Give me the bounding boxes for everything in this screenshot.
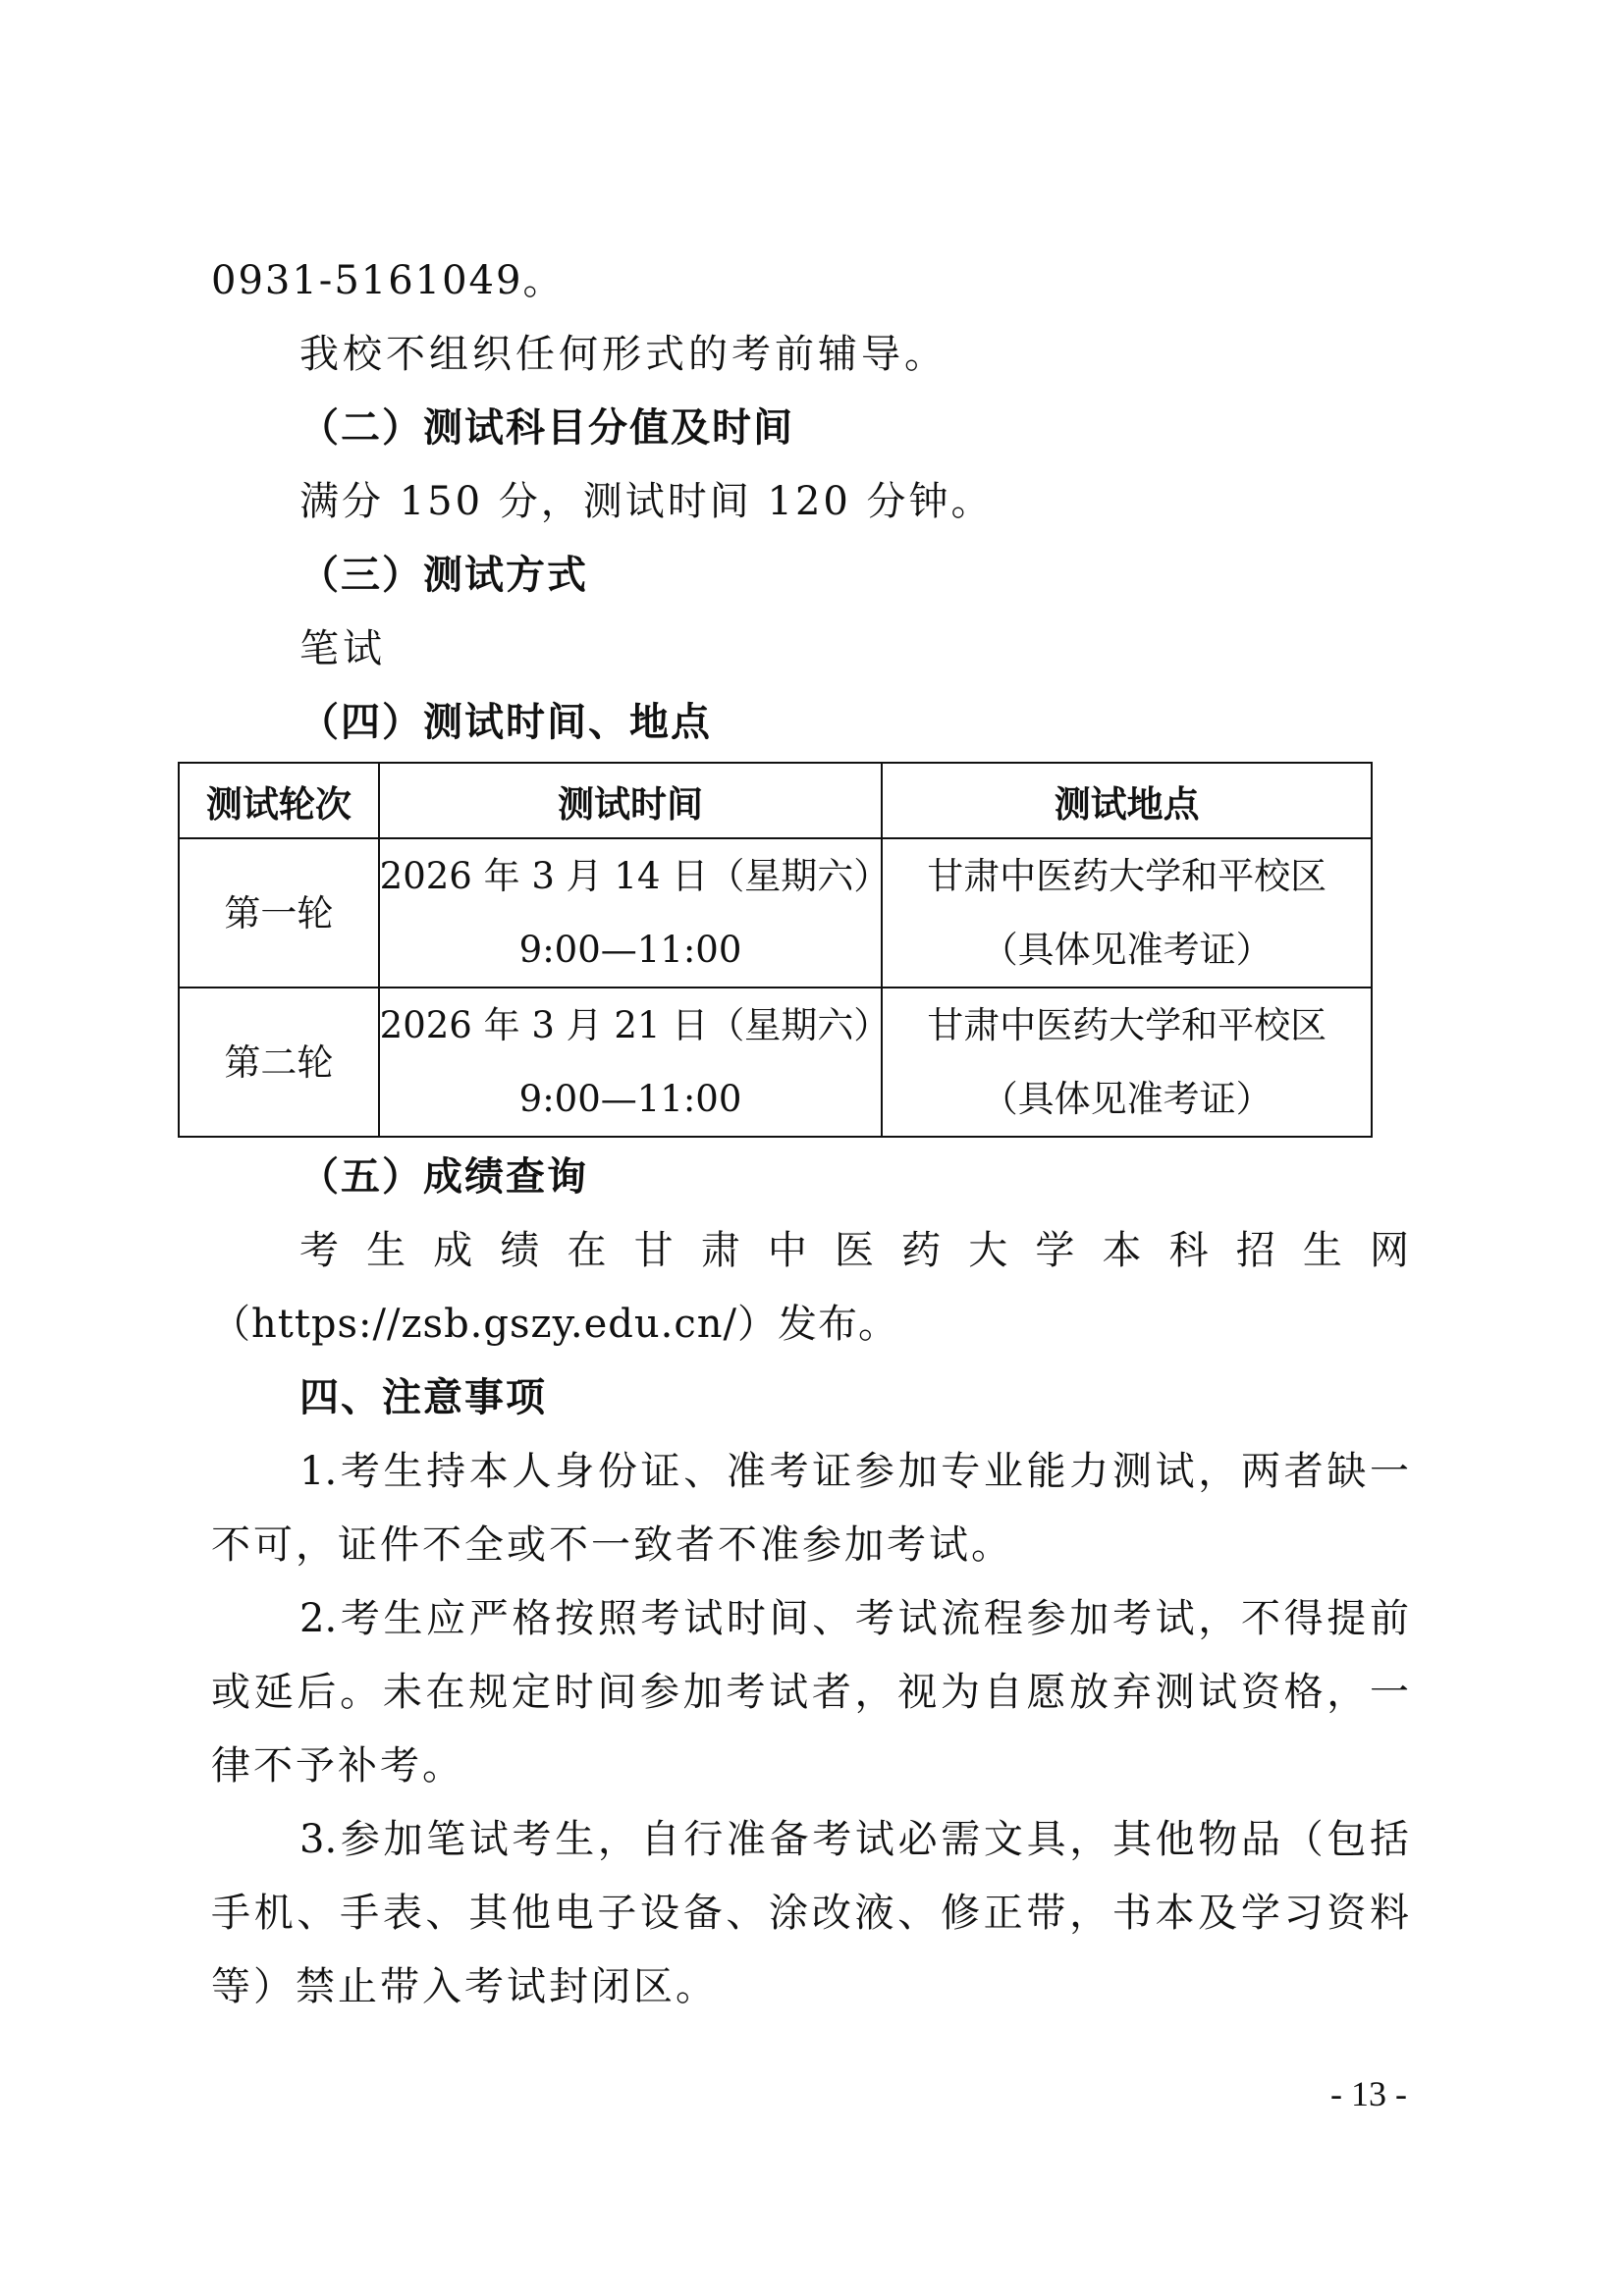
- table-row: 第二轮 2026 年 3 月 21 日（星期六） 9:00—11:00 甘肃中医…: [179, 988, 1372, 1137]
- part-4-heading: 四、注意事项: [299, 1374, 547, 1421]
- section-5-heading: （五）成绩查询: [299, 1153, 588, 1201]
- header-round: 测试轮次: [179, 763, 379, 838]
- section-2-body: 满分 150 分，测试时间 120 分钟。: [299, 478, 994, 525]
- place-text: 甘肃中医药大学和平校区: [883, 988, 1371, 1062]
- header-time: 测试时间: [379, 763, 883, 838]
- note-1-line-1: 1.考生持本人身份证、准考证参加专业能力测试，两者缺一: [299, 1448, 1409, 1495]
- note-2-line-3: 律不予补考。: [211, 1742, 464, 1789]
- round-cell: 第二轮: [179, 988, 379, 1137]
- date-text: 2026 年 3 月 21 日（星期六）: [380, 988, 882, 1062]
- header-place: 测试地点: [882, 763, 1372, 838]
- time-cell: 2026 年 3 月 21 日（星期六） 9:00—11:00: [379, 988, 883, 1137]
- table-header-row: 测试轮次 测试时间 测试地点: [179, 763, 1372, 838]
- place-note-text: （具体见准考证）: [883, 913, 1371, 987]
- section-5-body-line-2: （https://zsb.gszy.edu.cn/）发布。: [211, 1301, 898, 1348]
- round-cell: 第一轮: [179, 838, 379, 988]
- note-3-line-2: 手机、手表、其他电子设备、涂改液、修正带，书本及学习资料: [211, 1890, 1409, 1937]
- note-3-line-1: 3.参加笔试考生，自行准备考试必需文具，其他物品（包括: [299, 1816, 1409, 1863]
- note-2-line-1: 2.考生应严格按照考试时间、考试流程参加考试，不得提前: [299, 1595, 1409, 1642]
- place-cell: 甘肃中医药大学和平校区 （具体见准考证）: [882, 838, 1372, 988]
- place-text: 甘肃中医药大学和平校区: [883, 839, 1371, 913]
- time-cell: 2026 年 3 月 14 日（星期六） 9:00—11:00: [379, 838, 883, 988]
- place-cell: 甘肃中医药大学和平校区 （具体见准考证）: [882, 988, 1372, 1137]
- place-note-text: （具体见准考证）: [883, 1062, 1371, 1136]
- time-range-text: 9:00—11:00: [380, 1062, 882, 1136]
- note-1-line-2: 不可，证件不全或不一致者不准参加考试。: [211, 1522, 1013, 1569]
- no-tutoring-text: 我校不组织任何形式的考前辅导。: [299, 331, 947, 378]
- time-range-text: 9:00—11:00: [380, 913, 882, 987]
- section-2-heading: （二）测试科目分值及时间: [299, 404, 794, 452]
- section-4-heading: （四）测试时间、地点: [299, 699, 712, 746]
- section-5-body-line-1: 考生成绩在甘肃中医药大学本科招生网: [299, 1227, 1409, 1274]
- section-3-heading: （三）测试方式: [299, 552, 588, 599]
- phone-number-text: 0931-5161049。: [211, 257, 564, 304]
- note-3-line-3: 等）禁止带入考试封闭区。: [211, 1963, 718, 2010]
- page-number: - 13 -: [1330, 2073, 1407, 2114]
- table-row: 第一轮 2026 年 3 月 14 日（星期六） 9:00—11:00 甘肃中医…: [179, 838, 1372, 988]
- date-text: 2026 年 3 月 14 日（星期六）: [380, 839, 882, 913]
- section-3-body: 笔试: [299, 625, 386, 672]
- note-2-line-2: 或延后。未在规定时间参加考试者，视为自愿放弃测试资格，一: [211, 1669, 1409, 1716]
- schedule-table: 测试轮次 测试时间 测试地点 第一轮 2026 年 3 月 14 日（星期六） …: [178, 762, 1373, 1138]
